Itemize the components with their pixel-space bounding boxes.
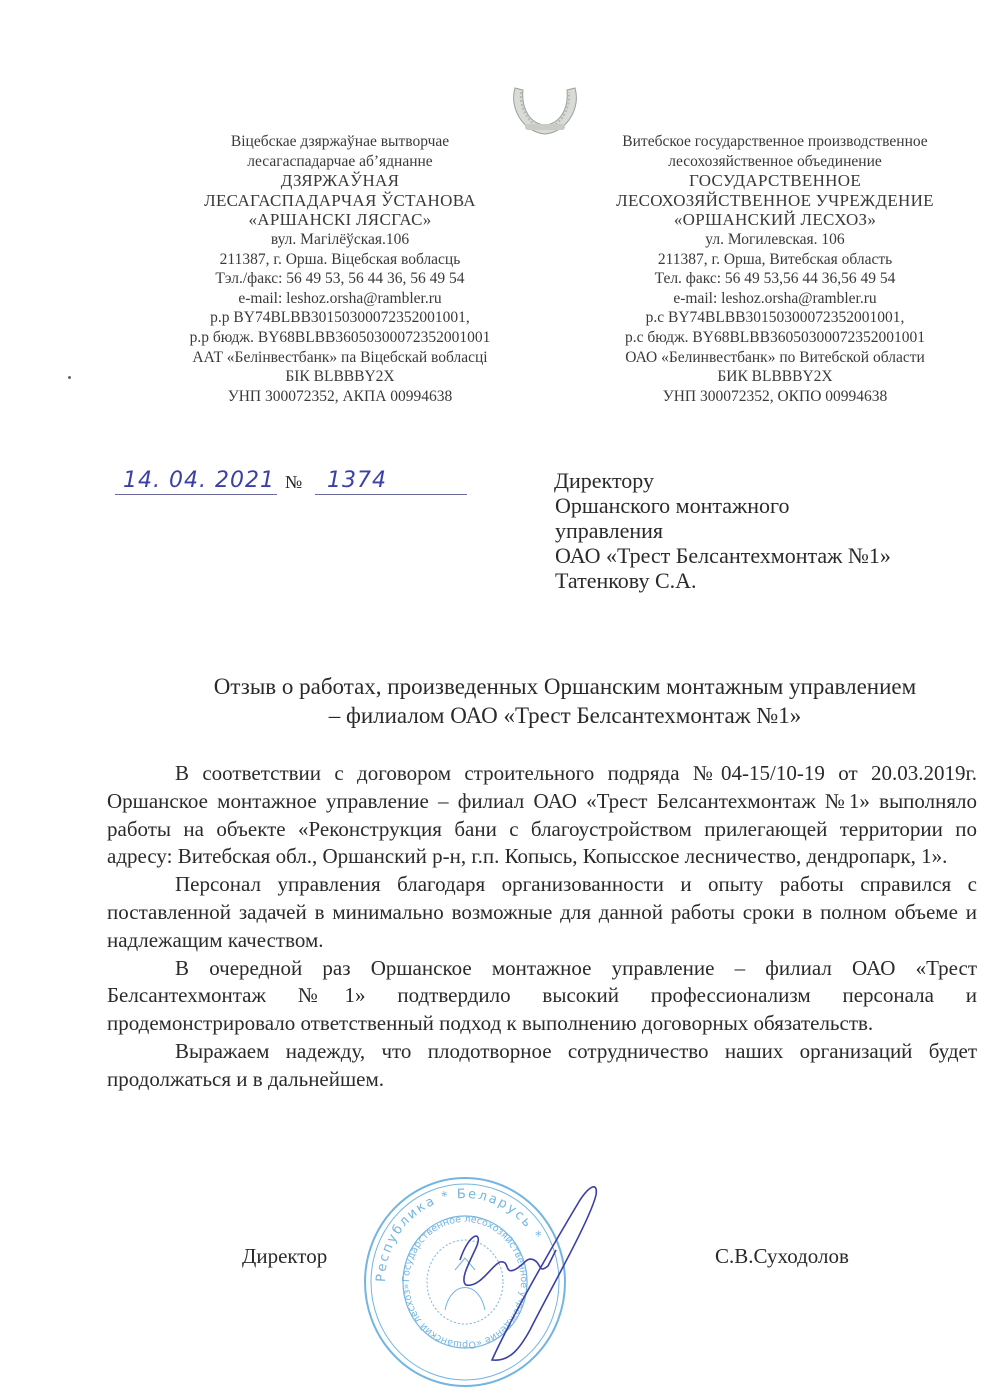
bank-account-line: р.р BY74BLBB30150300072352001001, [150,308,530,328]
date-underline [115,494,277,495]
org-line: лесохозяйственное объединение [570,152,980,172]
letter-body: В соответствии с договором строительного… [107,760,977,1094]
org-name-line: ГОСУДАРСТВЕННОЕ [570,171,980,191]
address-line: 211387, г. Орша. Віцебская вобласць [150,250,530,270]
number-sign: № [285,472,302,493]
handwritten-signature-icon [430,1170,630,1370]
org-name-line: ДЗЯРЖАЎНАЯ [150,171,530,191]
letterhead-belarusian: Віцебскае дзяржаўнае вытворчае лесагаспа… [150,132,530,406]
phone-line: Тел. факс: 56 49 53,56 44 36,56 49 54 [570,269,980,289]
addressee-line: ОАО «Трест Белсантехмонтаж №1» [555,543,891,568]
phone-line: Тэл./факс: 56 49 53, 56 44 36, 56 49 54 [150,269,530,289]
bic-line: БИК BLBBBY2X [570,367,980,387]
org-line: Витебское государственное производственн… [570,132,980,152]
scan-speck [68,376,71,379]
address-line: 211387, г. Орша, Витебская область [570,250,980,270]
bic-line: БІК BLBBBY2X [150,367,530,387]
subject-line: – филиалом ОАО «Трест Белсантехмонтаж №1… [140,701,990,730]
org-line: Віцебскае дзяржаўнае вытворчае [150,132,530,152]
signatory-name: С.В.Суходолов [715,1244,849,1269]
address-line: ул. Могилевская. 106 [570,230,980,250]
addressee-block: Директору Оршанского монтажного управлен… [555,468,891,593]
bank-account-line: р.с бюдж. BY68BLBB36050300072352001001 [570,328,980,348]
bank-name-line: ОАО «Белинвестбанк» по Витебской области [570,348,980,368]
addressee-line: Оршанского монтажного [555,493,891,518]
body-paragraph: В очередной раз Оршанское монтажное упра… [107,955,977,1038]
tax-id-line: УНП 300072352, АКПА 00994638 [150,387,530,407]
handwritten-number: 1374 [327,468,387,493]
body-paragraph: В соответствии с договором строительного… [107,760,977,871]
email-line: e-mail: leshoz.orsha@rambler.ru [150,289,530,309]
reference-line: 14. 04. 2021 № 1374 [115,468,470,498]
state-emblem-icon [505,82,585,138]
body-paragraph: Персонал управления благодаря организова… [107,871,977,954]
tax-id-line: УНП 300072352, ОКПО 00994638 [570,387,980,407]
subject-line: Отзыв о работах, произведенных Оршанским… [140,672,990,701]
org-name-line: ЛЕСОХОЗЯЙСТВЕННОЕ УЧРЕЖДЕНИЕ [570,191,980,211]
handwritten-date: 14. 04. 2021 [123,468,275,493]
letterhead-russian: Витебское государственное производственн… [570,132,980,406]
body-paragraph: Выражаем надежду, что плодотворное сотру… [107,1038,977,1094]
bank-account-line: р.р бюдж. BY68BLBB36050300072352001001 [150,328,530,348]
address-line: вул. Магілёўская.106 [150,230,530,250]
number-underline [315,494,467,495]
signatory-title: Директор [242,1244,327,1269]
letter-subject: Отзыв о работах, произведенных Оршанским… [140,672,990,730]
bank-account-line: р.с BY74BLBB30150300072352001001, [570,308,980,328]
org-name-line: ЛЕСАГАСПАДАРЧАЯ ЎСТАНОВА [150,191,530,211]
org-name-line: «АРШАНСКІ ЛЯСГАС» [150,210,530,230]
org-line: лесагаспадарчае аб’яднанне [150,152,530,172]
bank-name-line: ААТ «Белінвестбанк» па Віцебскай вобласц… [150,348,530,368]
email-line: e-mail: leshoz.orsha@rambler.ru [570,289,980,309]
addressee-line: Директору [554,468,891,493]
addressee-line: Татенкову С.А. [555,568,891,593]
addressee-line: управления [555,518,891,543]
org-name-line: «ОРШАНСКИЙ ЛЕСХОЗ» [570,210,980,230]
